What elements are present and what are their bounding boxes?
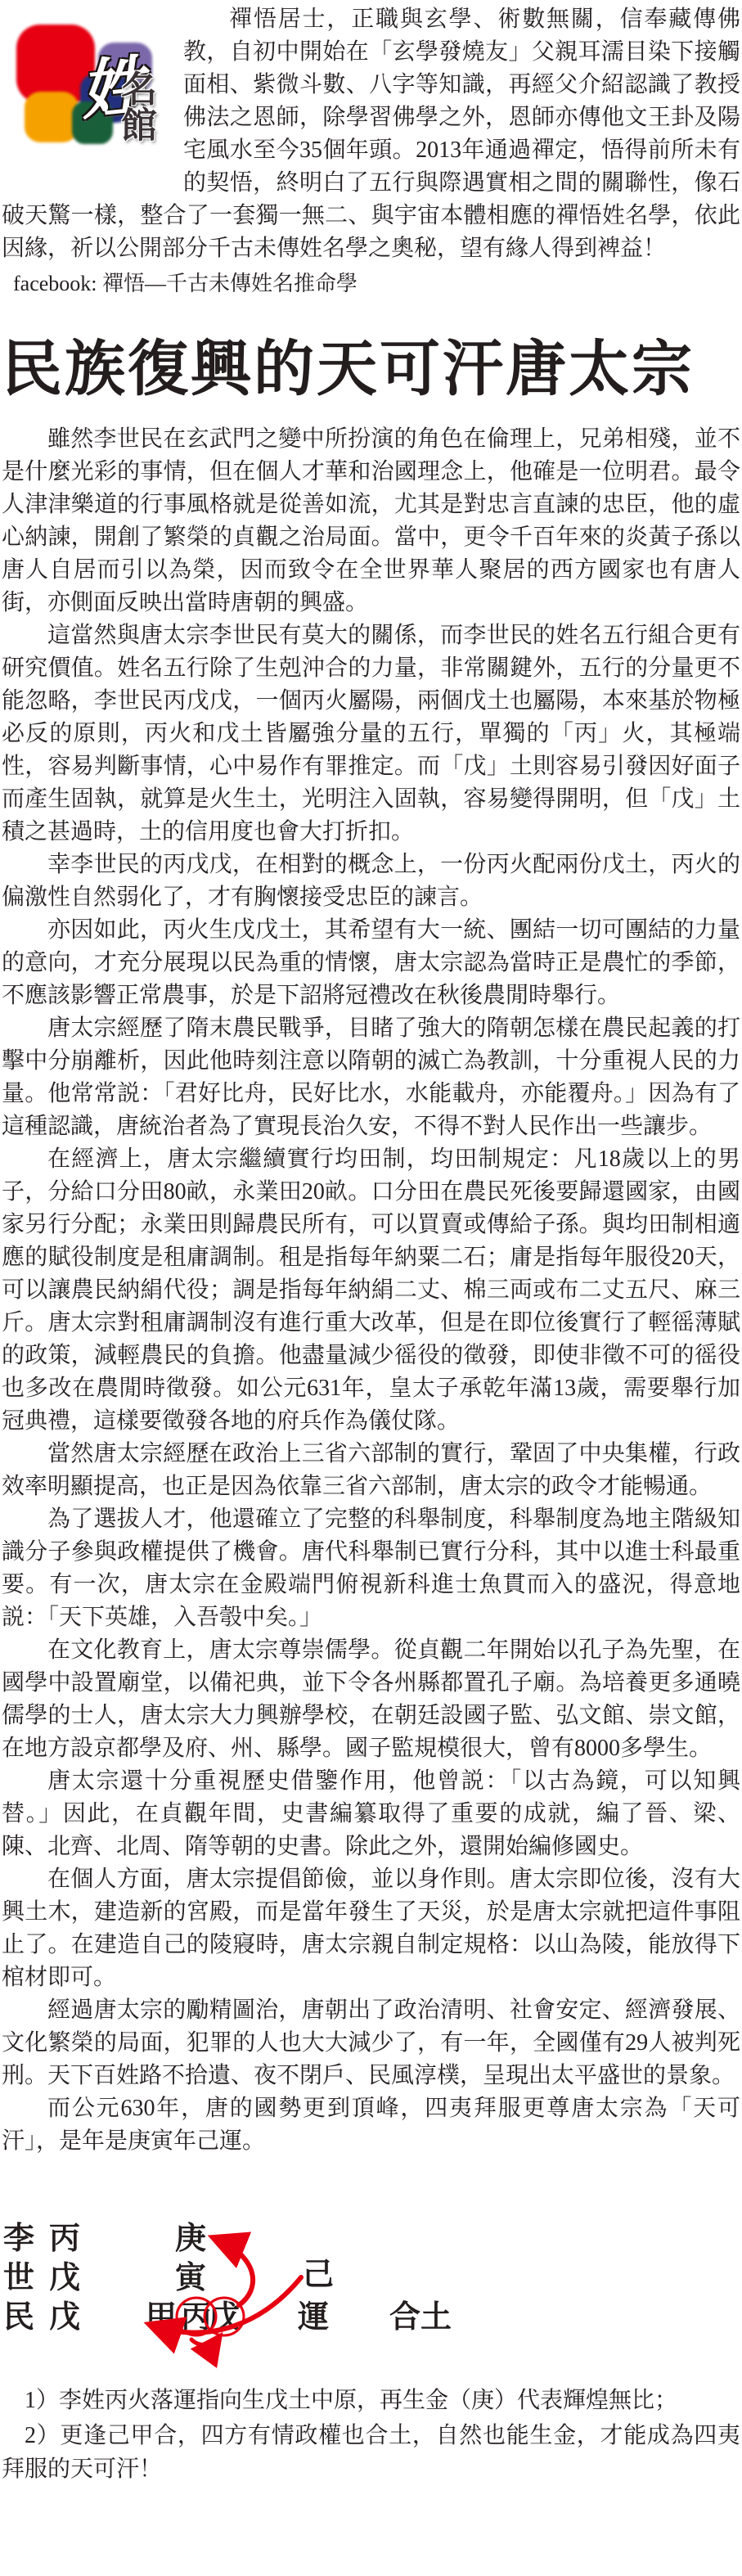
diagram-element-char: 戊 [49,2302,80,2333]
facebook-line: facebook: 禪悟—千古未傳姓名推命學 [2,268,740,299]
article-paragraph: 在個人方面，唐太宗提倡節儉，並以身作則。唐太宗即位後，沒有大興土木，建造新的宮殿… [2,1863,740,1994]
logo-mingguan-characters: 名館 [121,72,175,144]
diagram-luck-label: 運 [298,2302,329,2333]
article-paragraph: 而公元630年，唐的國勢更到頂峰，四夷拜服更尊唐太宗為「天可汗」，是年是庚寅年己… [2,2092,740,2158]
article-paragraph: 唐太宗還十分重視歷史借鑒作用，他曾説：「以古為鏡，可以知興替。」因此，在貞觀年間… [2,1765,740,1863]
diagram-element-char: 丙 [49,2223,80,2254]
article-paragraph: 為了選拔人才，他還確立了完整的科舉制度，科舉制度為地主階級知識分子參與政權提供了… [2,1503,740,1634]
diagram-hidden-stem-circled: 丙 [181,2302,212,2333]
article-title: 民族復興的天可汗唐太宗 [2,336,740,402]
logo-orange-blob [25,92,79,142]
article-paragraph: 雖然李世民在玄武門之變中所扮演的角色在倫理上，兄弟相殘，並不是什麼光彩的事情，但… [2,423,740,619]
article-body: 雖然李世民在玄武門之變中所扮演的角色在倫理上，兄弟相殘，並不是什麼光彩的事情，但… [2,423,740,2158]
diagram-element-char: 戊 [49,2263,80,2294]
diagram-name-char: 民 [3,2302,34,2333]
article-paragraph: 在經濟上，唐太宗繼續實行均田制，均田制規定：凡18歲以上的男子，分給口分田80畝… [2,1143,740,1438]
article-paragraph: 唐太宗經歷了隋末農民戰爭，目睹了強大的隋朝怎樣在農民起義的打擊中分崩離析，因此他… [2,1012,740,1143]
conclusion-notes: 1）李姓丙火落運指向生戊土中原，再生金（庚）代表輝煌無比； 2）更逢己甲合，四方… [2,2384,740,2486]
note-item: 2）更逢己甲合，四方有情政權也合土，自然也能生金，才能成為四夷拜服的天可汗！ [2,2419,740,2486]
bazi-diagram: 李 世 民 丙 戊 戊 庚 寅 甲 丙 戊 己 運 合土 [2,2217,740,2372]
article-paragraph: 幸李世民的丙戊戊，在相對的概念上，一份丙火配兩份戊土，丙火的偏激性自然弱化了，才… [2,849,740,914]
article-paragraph: 當然唐太宗經歷在政治上三省六部制的實行，鞏固了中央集權，行政效率明顯提高，也正是… [2,1438,740,1503]
diagram-hidden-stem-circled: 戊 [209,2302,240,2333]
diagram-name-char: 世 [3,2263,34,2294]
article-paragraph: 在文化教育上，唐太宗尊崇儒學。從貞觀二年開始以孔子為先聖，在國學中設置廟堂，以備… [2,1634,740,1765]
note-item: 1）李姓丙火落運指向生戊土中原，再生金（庚）代表輝煌無比； [2,2384,740,2417]
article-paragraph: 亦因如此，丙火生戊戊土，其希望有大一統、團結一切可團結的力量的意向，才充分展現以… [2,914,740,1012]
diagram-luck-stem: 己 [303,2259,334,2290]
diagram-hidden-stem: 甲 [146,2302,177,2333]
diagram-year-stem: 庚 [175,2223,206,2254]
xingmingguan-logo: 姓 名館 [2,10,175,167]
diagram-result-label: 合土 [389,2302,452,2333]
article-paragraph: 經過唐太宗的勵精圖治，唐朝出了政治清明、社會安定、經濟發展、文化繁榮的局面，犯罪… [2,1994,740,2092]
arrow-bing-to-wu [191,2337,219,2344]
diagram-name-char: 李 [3,2223,34,2254]
diagram-year-branch: 寅 [175,2263,206,2294]
red-arrows-overlay [2,2217,742,2372]
header-section: 姓 名館 禪悟居士，正職與玄學、術數無關，信奉藏傳佛教，自初中開始在「玄學發燒友… [2,3,740,299]
scanned-article-page: 姓 名館 禪悟居士，正職與玄學、術數無關，信奉藏傳佛教，自初中開始在「玄學發燒友… [0,0,742,2504]
arrow-wu-to-geng [214,2238,253,2305]
article-paragraph: 這當然與唐太宗李世民有莫大的關係，而李世民的姓名五行組合更有研究價值。姓名五行除… [2,619,740,849]
